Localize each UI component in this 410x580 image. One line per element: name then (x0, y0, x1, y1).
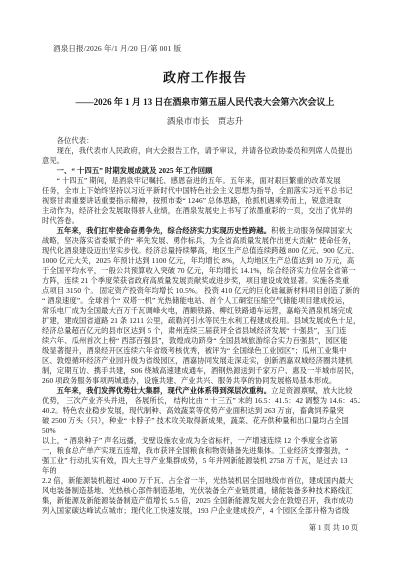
body-text: 一，粮食总产单产实现五连增，我市获评全国粮食和物资储备先进集体。工业经济支撑强劲… (42, 446, 349, 455)
body-text: “ 十四五” 期间，是酒泉牢记嘱托、感恩奋进的五年。五年来，面对艰巨繁重的改革发… (57, 176, 341, 185)
body-line: “ 酒泉速度”。全球首个“ 双塔一机” 光热储能电站、首个人工硐室压缩空气储能项… (42, 296, 360, 306)
body-text: 意见。 (42, 156, 64, 165)
body-line: 年的 (42, 466, 360, 476)
body-line: 区、敦煌循环经济产业园升级为省级园区，酒嘉协同发展走深走实，创新酒嘉双城经济圈共… (42, 356, 360, 366)
body-line: 意见。 (42, 156, 360, 166)
subtitle: ——2026 年 1 月 13 日在酒泉市第五届人民代表大会第六次会议上 (0, 95, 410, 108)
body-line: 方阵，连续 21 个季度荣获省政府高质量发展贡献奖或进步奖，项目建设成效显著。实… (42, 276, 360, 286)
body-text: 集，新能源及新能源装备制造产值增长 5.5 倍，2025 全国新能源发展大会在敦… (42, 496, 353, 505)
body-text: 扩建，建成国省道路 21 条 1211 公里，疏勒河引水等民生水利工程建成投用。… (42, 316, 360, 325)
body-line: 各位代表： (42, 136, 360, 146)
body-text: 现代化酒泉建设迈出坚实步伐。经济总量持续攀高，地区生产总值连续跨越 800 亿元… (42, 246, 359, 255)
body-line: 260 项政务服务事项两城通办，设施共建、产业共兴、服务共享的协同发展格局基本形… (42, 376, 360, 386)
body-text: 列入国家碳达峰试点城市；现代化工快速发展，193 户企业建成投产，4 个园区全部… (42, 506, 349, 515)
body-text: 级显著提升，酒泉经开区连续六年省级考核优秀，被评为“ 全国绿色工业园区”；瓜州工… (42, 346, 346, 355)
body-text: 1000 亿元大关，2025 年预计达到 1100 亿元，年均增长 8%，人均地… (42, 256, 354, 265)
body-line: 以上，“ 酒泉种子” 声名远播，戈壁设施农业成为全省标杆，一产增速连续 12 个… (42, 436, 360, 446)
body-line: 1000 亿元大关，2025 年预计达到 1100 亿元，年均增长 8%，人均地… (42, 256, 360, 266)
body-text: 破 2500 万头（只），种业“ 卡脖子” 技术攻关取得新成果，蔬菜、花卉供种量… (42, 416, 349, 425)
body-line: 2.2 倍，新能源装机超过 4000 万千瓦、占全省一半，光热装机居全国地级市首… (42, 476, 360, 486)
body-line: 优势， 三次产业齐头并进， 各展所长， 结构比由 “ 十三五” 末的 16.5：… (42, 396, 360, 406)
body-line: 现代化酒泉建设迈出坚实步伐。经济总量持续攀高，地区生产总值连续跨越 800 亿元… (42, 246, 360, 256)
document-page: 酒泉日报/2026 年/1 月/20 日/第 001 版 政府工作报告 ——20… (0, 0, 410, 580)
body-text: 主动作为，经济社会发展取得骄人业绩，在酒泉发展史上书写了浓墨重彩的一页，交出了优… (42, 206, 353, 215)
body-line: 40.2。特色农业稳步发展，现代制种、高效蔬菜等优势产业面积达到 263 万亩，… (42, 406, 360, 416)
body-text: 以上，“ 酒泉种子” 声名远播，戈壁设施农业成为全省标杆，一产增速连续 12 个… (42, 436, 338, 445)
body-text: 50% (42, 426, 56, 435)
body-line: 级显著提升，酒泉经开区连续六年省级考核优秀，被评为“ 全国绿色工业园区”；瓜州工… (42, 346, 360, 356)
body-text: 现在，我代表市人民政府，向大会报告工作，请予审议，并请各位政协委员和列席人员提出 (57, 146, 353, 155)
body-line: 集，新能源及新能源装备制造产值增长 5.5 倍，2025 全国新能源发展大会在敦… (42, 496, 360, 506)
body-line: 一，粮食总产单产实现五连增，我市获评全国粮食和物资储备先进集体。工业经济支撑强劲… (42, 446, 360, 456)
body-line: 强工业” 行动扎实有效，四大主导产业集群成势，5 年并网新能源装机 2758 万… (42, 456, 360, 466)
page-number: 第 1 页 共 10 页 (42, 523, 358, 533)
body-text: 常乐电厂成为全国最大百万千瓦调峰火电，酒额铁路、柳红铁路通车运营，嘉峪关酒泉机场… (42, 306, 353, 315)
body-line: 续六年、瓜州首次上榜“ 西部百强县”，敦煌成功跻身“ 全国县域旅游综合实力百强县… (42, 336, 360, 346)
body-line: 常乐电厂成为全国最大百万千瓦调峰火电，酒额铁路、柳红铁路通车运营，嘉峪关酒泉机场… (42, 306, 360, 316)
body-text: 续六年、瓜州首次上榜“ 西部百强县”，敦煌成功跻身“ 全国县域旅游综合实力百强县… (42, 336, 348, 345)
body-text: 点项目 3150 个。 固定资产投资年均增长 10.5%。 投资 410 亿元的… (42, 286, 360, 295)
body-text: 战略，坚决落实省委赋予的“ 率先发展、勇作标兵，为全省高质量发展作出更大贡献” … (42, 236, 356, 245)
body-text: 强工业” 行动扎实有效，四大主导产业集群成势，5 年并网新能源装机 2758 万… (42, 456, 347, 465)
body-text: 2.2 倍，新能源装机超过 4000 万千瓦、占全省一半，光热装机居全国地级市首… (42, 476, 353, 485)
body-line: 时代答卷。 (42, 216, 360, 226)
emphasis-text: 五年来，我们发挥优势壮大集群，现代产业体系得到深层次重构。 (57, 386, 272, 395)
body-line: “ 十四五” 期间，是酒泉牢记嘱托、感恩奋进的五年。五年来，面对艰巨繁重的改革发… (42, 176, 360, 186)
body-text: 任务，全市上下始终坚持以习近平新时代中国特色社会主义思想为指导，全面落实习近平总… (42, 186, 353, 195)
body-line: 五年来，我们发挥优势壮大集群，现代产业体系得到深层次重构。立足资源禀赋，放大比较 (42, 386, 360, 396)
emphasis-text: 一、“ 十四五” 时期发展成就及 2025 年工作回顾 (57, 166, 213, 175)
body-text: 260 项政务服务事项两城通办，设施共建、产业共兴、服务共享的协同发展格局基本形… (42, 376, 336, 385)
body-line: 主动作为，经济社会发展取得骄人业绩，在酒泉发展史上书写了浓墨重彩的一页，交出了优… (42, 206, 360, 216)
body-line: 五年来，我们扛牢使命奋勇争先，综合经济实力实现历史性跨越。积极主动服务保障国家大 (42, 226, 360, 236)
body-text: 于全国平均水平，一般公共预算收入突破 70 亿元，年均增长 14.1%，综合经济… (42, 266, 356, 275)
body-text: 积极主动服务保障国家大 (271, 226, 352, 235)
body-line: 制，定期互访、携手共建，S06 绕城高速建成通车，酒钢热源送到千家万户、惠及一半… (42, 366, 360, 376)
body-text: 立足资源禀赋，放大比较 (271, 386, 352, 395)
body-text: 各位代表： (57, 136, 94, 145)
page-title: 政府工作报告 (0, 67, 410, 86)
body-line: 破 2500 万头（只），种业“ 卡脖子” 技术攻关取得新成果，蔬菜、花卉供种量… (42, 416, 360, 426)
body-line: 扩建，建成国省道路 21 条 1211 公里，疏勒河引水等民生水利工程建成投用。… (42, 316, 360, 326)
body-text: “ 酒泉速度”。全球首个“ 双塔一机” 光热储能电站、首个人工硐室压缩空气储能项… (42, 296, 350, 305)
body-line: 经济总量超百亿元的县市区达到 5 个，肃州连续三届获评全省县域经济发展“ 十强县… (42, 326, 360, 336)
masthead: 酒泉日报/2026 年/1 月/20 日/第 001 版 (53, 43, 181, 54)
body-line: 于全国平均水平，一般公共预算收入突破 70 亿元，年均增长 14.1%，综合经济… (42, 266, 360, 276)
body-text: 区、敦煌循环经济产业园升级为省级园区，酒嘉协同发展走深走实，创新酒嘉双城经济圈共… (42, 356, 353, 365)
emphasis-text: 五年来，我们扛牢使命奋勇争先，综合经济实力实现历史性跨越。 (57, 226, 272, 235)
report-body: 各位代表：现在，我代表市人民政府，向大会报告工作，请予审议，并请各位政协委员和列… (42, 136, 360, 516)
body-text: 经济总量超百亿元的县市区达到 5 个，肃州连续三届获评全省县域经济发展“ 十强县… (42, 326, 347, 335)
body-line: 战略，坚决落实省委赋予的“ 率先发展、勇作标兵，为全省高质量发展作出更大贡献” … (42, 236, 360, 246)
body-line: 点项目 3150 个。 固定资产投资年均增长 10.5%。 投资 410 亿元的… (42, 286, 360, 296)
body-line: 任务，全市上下始终坚持以习近平新时代中国特色社会主义思想为指导，全面落实习近平总… (42, 186, 360, 196)
body-line: 50% (42, 426, 360, 436)
body-line: 现在，我代表市人民政府，向大会报告工作，请予审议，并请各位政协委员和列席人员提出 (42, 146, 360, 156)
body-text: 视察甘肃重要讲话重要指示精神，按照市委“ 1246” 总体思路，抢抓机遇乘势而上… (42, 196, 341, 205)
body-text: 时代答卷。 (42, 216, 79, 225)
body-text: 制，定期互访、携手共建，S06 绕城高速建成通车，酒钢热源送到千家万户、惠及一半… (42, 366, 359, 375)
author-line: 酒泉市市长 贾志升 (0, 115, 410, 127)
body-line: 列入国家碳达峰试点城市；现代化工快速发展，193 户企业建成投产，4 个园区全部… (42, 506, 360, 516)
body-text: 优势， 三次产业齐头并进， 各展所长， 结构比由 “ 十三五” 末的 16.5：… (42, 396, 360, 405)
body-text: 方阵，连续 21 个季度荣获省政府高质量发展贡献奖或进步奖，项目建设成效显著。实… (42, 276, 349, 285)
body-line: 一、“ 十四五” 时期发展成就及 2025 年工作回顾 (42, 166, 360, 176)
body-line: 风电装备制造基地、光热核心部件制造基地，光伏装备全产业链贯通，储能装备多种技术路… (42, 486, 360, 496)
body-text: 年的 (42, 466, 57, 475)
body-text: 风电装备制造基地、光热核心部件制造基地，光伏装备全产业链贯通，储能装备多种技术路… (42, 486, 353, 495)
body-text: 40.2。特色农业稳步发展，现代制种、高效蔬菜等优势产业面积达到 263 万亩，… (42, 406, 344, 415)
body-line: 视察甘肃重要讲话重要指示精神，按照市委“ 1246” 总体思路，抢抓机遇乘势而上… (42, 196, 360, 206)
